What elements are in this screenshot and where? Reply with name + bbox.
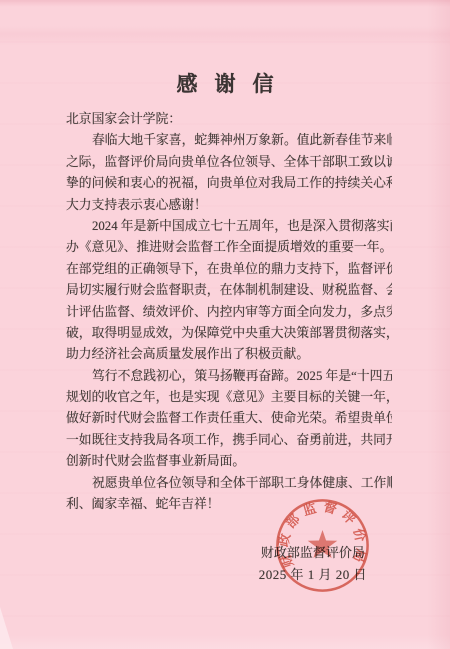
body-line: 做好新时代财会监督工作责任重大、使命光荣。希望贵单位 [66,408,392,429]
body-line: 办《意见》、推进财会监督工作全面提质增效的重要一年。 [66,237,392,258]
letter-page: 感谢信 北京国家会计学院： 春临大地千家喜，蛇舞神州万象新。值此新春佳节来临 之… [0,0,450,649]
letter-title: 感谢信 [0,68,450,98]
signature-block: 财政部监督评价局 2025 年 1 月 20 日 [259,542,367,586]
body-line: 利、阖家幸福、蛇年吉祥！ [66,494,392,515]
body-line: 规划的收官之年，也是实现《意见》主要目标的关键一年， [66,387,392,408]
body-line: 破，取得明显成效，为保障党中央重大决策部署贯彻落实， [66,323,392,344]
salutation: 北京国家会计学院： [66,109,392,130]
body-line: 2024 年是新中国成立七十五周年，也是深入贯彻落实两 [66,216,392,237]
body-line: 春临大地千家喜，蛇舞神州万象新。值此新春佳节来临 [66,130,392,151]
body-line: 计评估监督、绩效评价、内控内审等方面全向发力，多点突 [66,302,392,323]
body-line: 一如既往支持我局各项工作，携手同心、奋勇前进，共同开 [66,430,392,451]
body-line: 之际，监督评价局向贵单位各位领导、全体干部职工致以诚 [66,152,392,173]
signature-date: 2025 年 1 月 20 日 [259,564,367,586]
body-line: 笃行不怠践初心，策马扬鞭再奋蹄。2025 年是“十四五” [66,366,392,387]
signature-org: 财政部监督评价局 [259,542,367,564]
body-line: 创新时代财会监督事业新局面。 [66,451,392,472]
body-line: 祝愿贵单位各位领导和全体干部职工身体健康、工作顺 [66,473,392,494]
letter-body: 北京国家会计学院： 春临大地千家喜，蛇舞神州万象新。值此新春佳节来临 之际，监督… [66,109,392,515]
body-line: 助力经济社会高质量发展作出了积极贡献。 [66,344,392,365]
body-line: 挚的问候和衷心的祝福，向贵单位对我局工作的持续关心和 [66,173,392,194]
body-line: 局切实履行财会监督职责，在体制机制建设、财税监督、会 [66,280,392,301]
paper-fold-corner [0,607,13,649]
body-line: 大力支持表示衷心感谢！ [66,195,392,216]
body-line: 在部党组的正确领导下，在贵单位的鼎力支持下，监督评价 [66,259,392,280]
